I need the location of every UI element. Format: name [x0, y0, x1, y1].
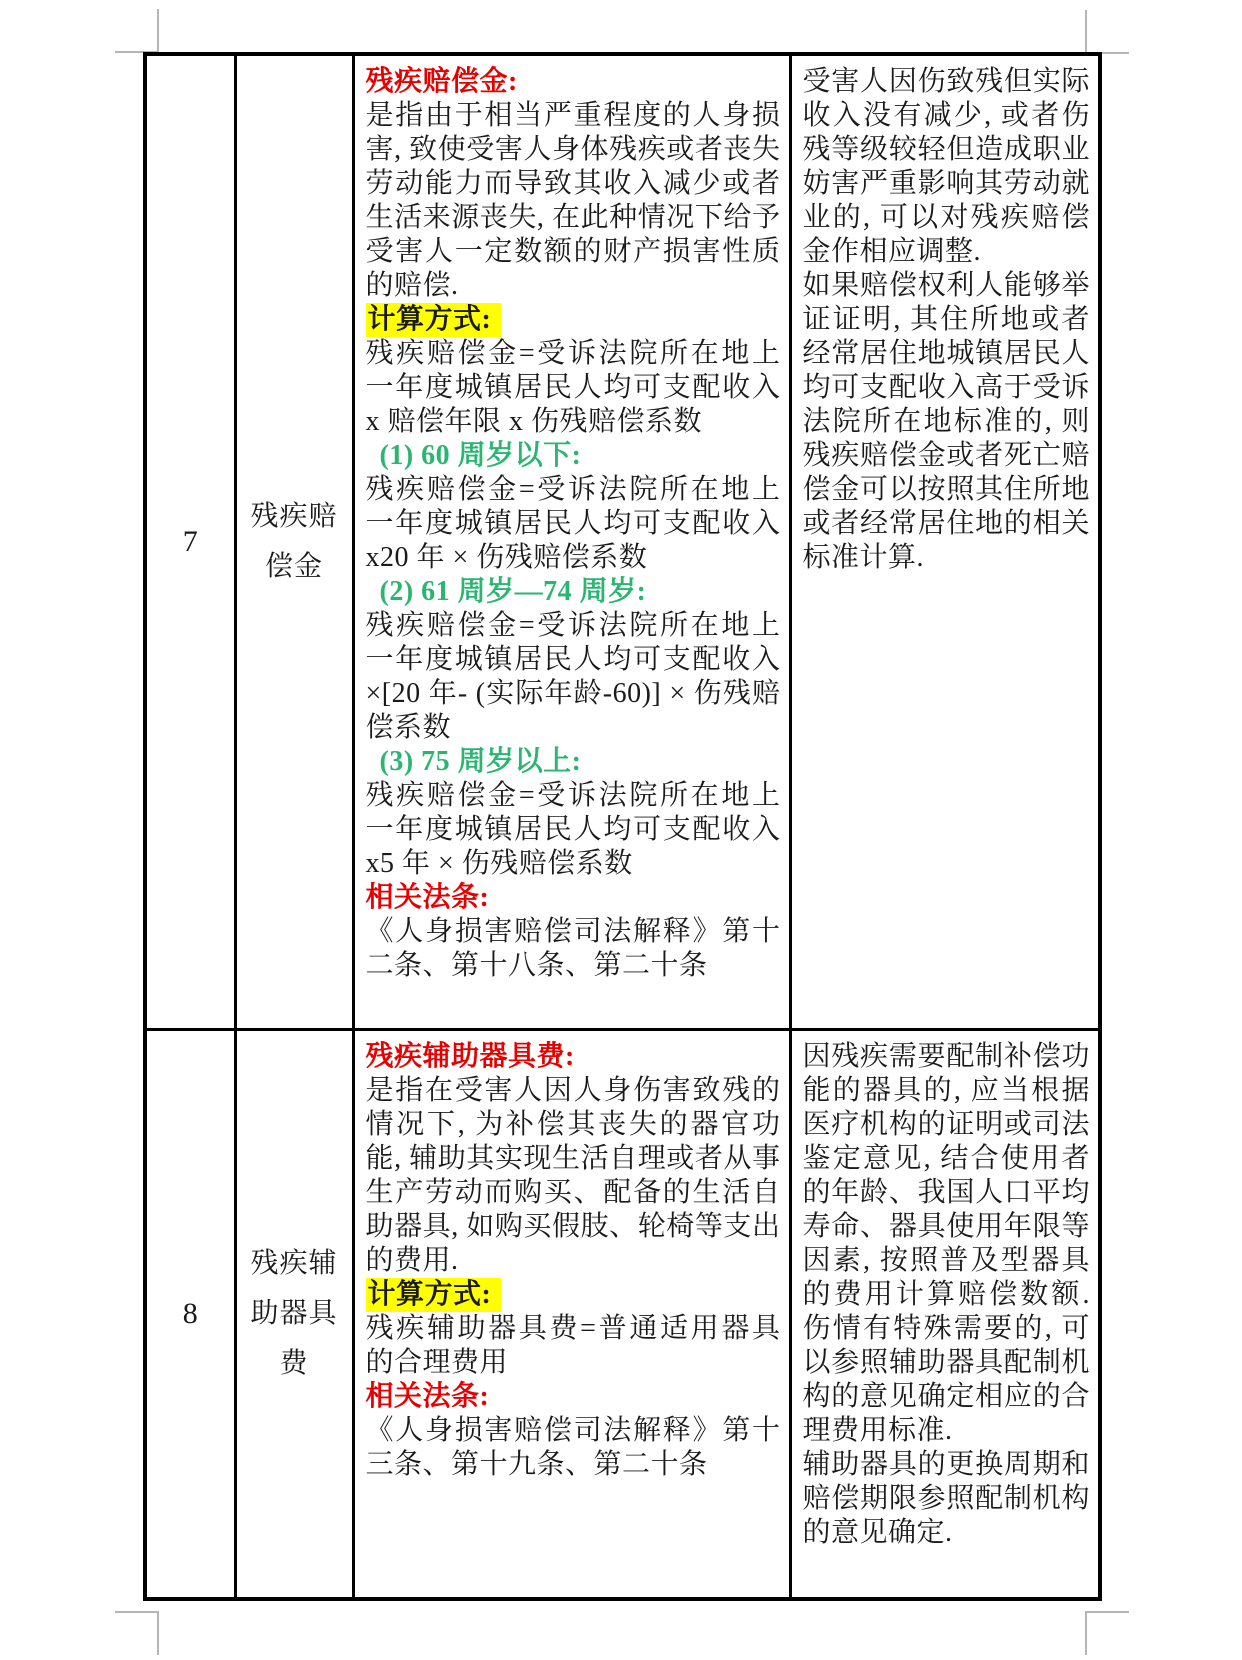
calc-method-label: 计算方式:: [366, 303, 502, 337]
row-number: 7: [183, 525, 198, 558]
calc-method-line: 计算方式:: [366, 1278, 781, 1312]
calc-formula: 残疾辅助器具费=普通适用器具的合理费用: [366, 1312, 781, 1380]
note-paragraph: 受害人因伤致残但实际收入没有减少, 或者伤残等级较轻但造成职业妨害严重影响其劳动…: [803, 65, 1091, 269]
detail-cell: 残疾辅助器具费: 是指在受害人因人身伤害致残的情况下, 为补偿其丧失的器官功能,…: [353, 1029, 790, 1599]
table-row-8: 8 残疾辅助器具费 残疾辅助器具费: 是指在受害人因人身伤害致残的情况下, 为补…: [145, 1029, 1100, 1599]
crop-mark-top-left: [115, 9, 159, 53]
row-number: 8: [183, 1297, 198, 1330]
definition-text: 是指在受害人因人身伤害致残的情况下, 为补偿其丧失的器官功能, 辅助其实现生活自…: [366, 1074, 781, 1278]
compensation-table: 7 残疾赔偿金 残疾赔偿金: 是指由于相当严重程度的人身损害, 致使受害人身体残…: [143, 52, 1102, 1601]
calc-formula: 残疾赔偿金=受诉法院所在地上一年度城镇居民人均可支配收入 x 赔偿年限 x 伤残…: [366, 337, 781, 439]
law-text: 《人身损害赔偿司法解释》第十三条、第十九条、第二十条: [366, 1414, 781, 1482]
case-formula: 残疾赔偿金=受诉法院所在地上一年度城镇居民人均可支配收入 ×[20 年- (实际…: [366, 609, 781, 745]
table-row-7: 7 残疾赔偿金 残疾赔偿金: 是指由于相当严重程度的人身损害, 致使受害人身体残…: [145, 54, 1100, 1029]
row-number-cell: 7: [145, 54, 235, 1029]
item-name: 残疾辅助器具费: [250, 1248, 337, 1379]
case-formula: 残疾赔偿金=受诉法院所在地上一年度城镇居民人均可支配收入 x5 年 × 伤残赔偿…: [366, 779, 781, 881]
crop-mark-bottom-right: [1085, 1611, 1129, 1655]
note-paragraph: 如果赔偿权利人能够举证证明, 其住所地或者经常居住地城镇居民人均可支配收入高于受…: [803, 269, 1091, 575]
note-cell: 因残疾需要配制补偿功能的器具的, 应当根据医疗机构的证明或司法鉴定意见, 结合使…: [790, 1029, 1100, 1599]
item-name-cell: 残疾辅助器具费: [235, 1029, 353, 1599]
crop-mark-bottom-left: [115, 1611, 159, 1655]
detail-cell: 残疾赔偿金: 是指由于相当严重程度的人身损害, 致使受害人身体残疾或者丧失劳动能…: [353, 54, 790, 1029]
definition-text: 是指由于相当严重程度的人身损害, 致使受害人身体残疾或者丧失劳动能力而导致其收入…: [366, 99, 781, 303]
case-heading: (1) 60 周岁以下:: [366, 439, 781, 473]
note-paragraph: 因残疾需要配制补偿功能的器具的, 应当根据医疗机构的证明或司法鉴定意见, 结合使…: [803, 1040, 1091, 1448]
law-text: 《人身损害赔偿司法解释》第十二条、第十八条、第二十条: [366, 915, 781, 983]
calc-method-label: 计算方式:: [366, 1278, 502, 1312]
case-formula: 残疾赔偿金=受诉法院所在地上一年度城镇居民人均可支配收入 x20 年 × 伤残赔…: [366, 473, 781, 575]
law-label: 相关法条:: [366, 881, 781, 915]
item-name-cell: 残疾赔偿金: [235, 54, 353, 1029]
note-paragraph: 辅助器具的更换周期和赔偿期限参照配制机构的意见确定.: [803, 1448, 1091, 1550]
section-title: 残疾赔偿金:: [366, 65, 781, 99]
note-cell: 受害人因伤致残但实际收入没有减少, 或者伤残等级较轻但造成职业妨害严重影响其劳动…: [790, 54, 1100, 1029]
item-name: 残疾赔偿金: [250, 501, 337, 582]
law-label: 相关法条:: [366, 1380, 781, 1414]
document-page: 7 残疾赔偿金 残疾赔偿金: 是指由于相当严重程度的人身损害, 致使受害人身体残…: [0, 0, 1242, 1660]
case-heading: (2) 61 周岁—74 周岁:: [366, 575, 781, 609]
crop-mark-top-right: [1085, 10, 1129, 54]
section-title: 残疾辅助器具费:: [366, 1040, 781, 1074]
calc-method-line: 计算方式:: [366, 303, 781, 337]
case-heading: (3) 75 周岁以上:: [366, 745, 781, 779]
row-number-cell: 8: [145, 1029, 235, 1599]
